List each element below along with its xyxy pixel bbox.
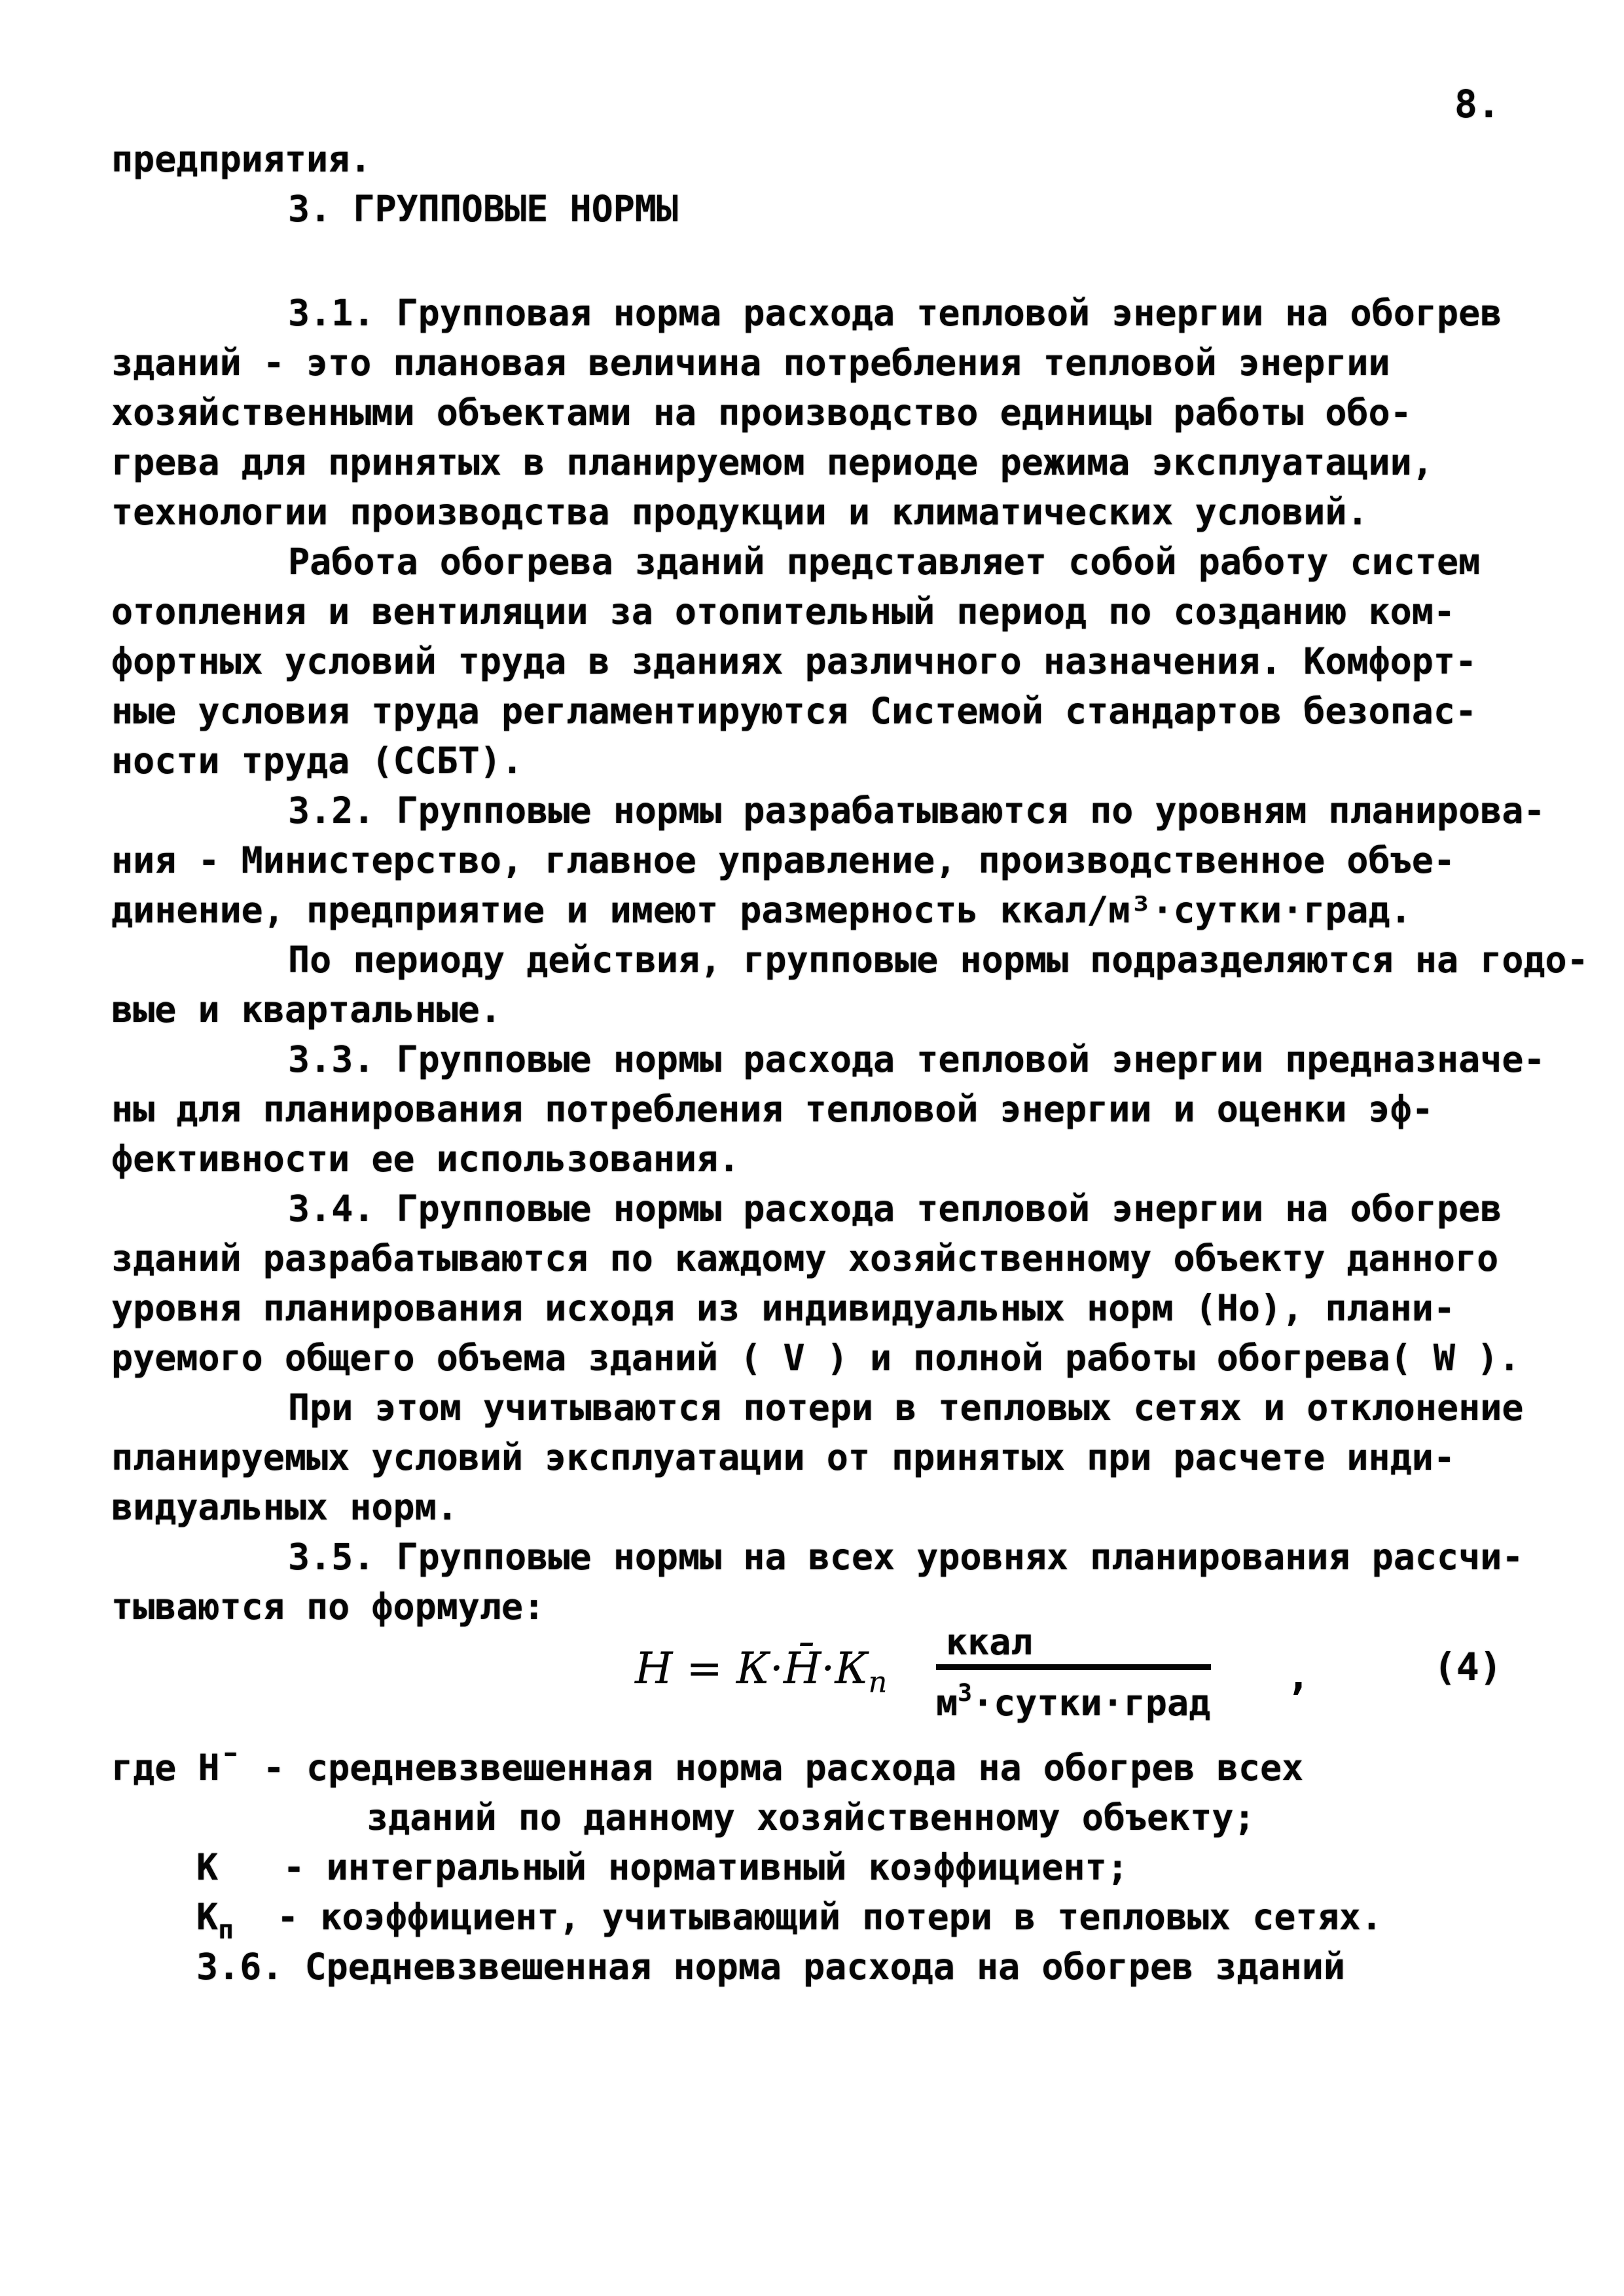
text-segment: ности труда (ССБТ). [111, 740, 523, 782]
text-segment: 3.4. Групповые нормы расхода тепловой эн… [288, 1188, 1502, 1230]
text-segment: технологии производства продукции и клим… [111, 491, 1369, 533]
text-segment: отопления и вентиляции за отопительный п… [111, 591, 1455, 632]
text-line: При этом учитываются потери в тепловых с… [111, 1383, 1564, 1432]
text-segment: фортных условий труда в зданиях различно… [111, 640, 1477, 682]
denominator-units: ·сутки·град [972, 1682, 1210, 1724]
text-segment: руемого общего объема зданий ( V ) и пол… [111, 1337, 1520, 1379]
formula-lhs: Н = К·Н̄·К [635, 1643, 869, 1694]
text-segment: п [218, 1915, 234, 1945]
text-line: хозяйственными объектами на производство… [111, 388, 1564, 437]
text-segment: тываются по формуле: [111, 1586, 545, 1628]
text-line: фективности ее использования. [111, 1134, 1564, 1184]
text-line: тываются по формуле: [111, 1582, 1564, 1631]
formula-number: (4) [1434, 1645, 1502, 1689]
text-line: Кп - коэффициент, учитывающий потери в т… [111, 1892, 1564, 1942]
formula-fraction: ккал м3·сутки·град [936, 1620, 1303, 1724]
text-segment: К - интегральный нормативный коэффициент… [196, 1846, 1128, 1888]
text-line: руемого общего объема зданий ( V ) и пол… [111, 1333, 1564, 1383]
formula-expression: Н = К·Н̄·Кп [635, 1643, 887, 1699]
text-segment: видуальных норм. [111, 1486, 458, 1528]
text-line: грева для принятых в планируемом периоде… [111, 437, 1564, 487]
text-segment: - коэффициент, учитывающий потери в тепл… [234, 1896, 1382, 1938]
text-line: планируемых условий эксплуатации от прин… [111, 1432, 1564, 1482]
text-line: динение, предприятие и имеют размерность… [111, 885, 1564, 935]
text-line: зданий разрабатываются по каждому хозяйс… [111, 1233, 1564, 1283]
fraction-bar [936, 1664, 1211, 1670]
text-segment: зданий по данному хозяйственному объекту… [367, 1796, 1255, 1838]
text-line: зданий - это плановая величина потреблен… [111, 338, 1564, 388]
text-block-top: предприятия.3. ГРУППОВЫЕ НОРМЫ3.1. Групп… [111, 134, 1564, 1631]
text-segment: уровня планирования исходя из индивидуал… [111, 1287, 1455, 1329]
text-segment: 3.6. Средневзвешенная норма расхода на о… [196, 1946, 1345, 1988]
text-segment: зданий разрабатываются по каждому хозяйс… [111, 1237, 1498, 1279]
text-line: 3. ГРУППОВЫЕ НОРМЫ [111, 184, 1564, 234]
text-line: отопления и вентиляции за отопительный п… [111, 587, 1564, 636]
text-segment: По периоду действия, групповые нормы под… [288, 939, 1589, 981]
text-line: вые и квартальные. [111, 985, 1564, 1034]
formula: Н = К·Н̄·Кп ккал м3·сутки·град , (4) [111, 1631, 1564, 1743]
text-segment: фективности ее использования. [111, 1138, 740, 1180]
text-segment: динение, предприятие и имеют размерность… [111, 889, 1412, 931]
text-segment: 3.3. Групповые нормы расхода тепловой эн… [288, 1038, 1545, 1080]
text-segment: предприятия. [111, 138, 371, 180]
text-line: где Н̄ - средневзвешенная норма расхода … [111, 1743, 1564, 1793]
text-segment: Работа обогрева зданий представляет собо… [288, 541, 1480, 583]
text-line: видуальных норм. [111, 1482, 1564, 1532]
text-segment: где Н̄ - средневзвешенная норма расхода … [111, 1747, 1303, 1789]
text-segment: ные условия труда регламентируются Систе… [111, 690, 1477, 732]
fraction-numerator: ккал [936, 1620, 1303, 1664]
formula-lhs-subscript: п [869, 1664, 888, 1699]
text-line: Работа обогрева зданий представляет собо… [111, 537, 1564, 587]
text-line: ния - Министерство, главное управление, … [111, 835, 1564, 885]
text-segment: зданий - это плановая величина потреблен… [111, 342, 1390, 384]
text-line: ности труда (ССБТ). [111, 736, 1564, 786]
text-segment: вые и квартальные. [111, 989, 501, 1030]
denominator-base: м [936, 1682, 958, 1724]
text-line: К - интегральный нормативный коэффициент… [111, 1842, 1564, 1892]
text-line: 3.3. Групповые нормы расхода тепловой эн… [111, 1034, 1564, 1084]
fraction-denominator: м3·сутки·град [936, 1671, 1303, 1724]
text-segment: грева для принятых в планируемом периоде… [111, 441, 1434, 483]
text-line: фортных условий труда в зданиях различно… [111, 636, 1564, 686]
text-line: 3.1. Групповая норма расхода тепловой эн… [111, 288, 1564, 338]
text-line: ны для планирования потребления тепловой… [111, 1084, 1564, 1134]
text-line: уровня планирования исходя из индивидуал… [111, 1283, 1564, 1333]
page-number: 8. [1454, 82, 1500, 126]
text-block-bottom: где Н̄ - средневзвешенная норма расхода … [111, 1743, 1564, 1992]
text-line: технологии производства продукции и клим… [111, 487, 1564, 537]
text-segment: планируемых условий эксплуатации от прин… [111, 1436, 1455, 1478]
text-segment: ния - Министерство, главное управление, … [111, 839, 1455, 881]
formula-comma: , [1286, 1651, 1310, 1699]
text-line: 3.5. Групповые нормы на всех уровнях пла… [111, 1532, 1564, 1582]
text-line: зданий по данному хозяйственному объекту… [111, 1793, 1564, 1842]
document-body: предприятия.3. ГРУППОВЫЕ НОРМЫ3.1. Групп… [111, 134, 1564, 1992]
text-segment: 3.2. Групповые нормы разрабатываются по … [288, 790, 1545, 831]
text-line: 3.6. Средневзвешенная норма расхода на о… [111, 1942, 1564, 1992]
text-segment: При этом учитываются потери в тепловых с… [288, 1387, 1523, 1429]
text-line: 3.2. Групповые нормы разрабатываются по … [111, 786, 1564, 835]
text-segment: 3. ГРУППОВЫЕ НОРМЫ [288, 188, 678, 230]
text-line: По периоду действия, групповые нормы под… [111, 935, 1564, 985]
text-line: предприятия. [111, 134, 1564, 184]
denominator-exponent: 3 [958, 1679, 972, 1707]
text-segment: 3.5. Групповые нормы на всех уровнях пла… [288, 1536, 1523, 1578]
text-line: ные условия труда регламентируются Систе… [111, 686, 1564, 736]
text-segment: ны для планирования потребления тепловой… [111, 1088, 1434, 1130]
text-segment: хозяйственными объектами на производство… [111, 392, 1412, 433]
text-line: 3.4. Групповые нормы расхода тепловой эн… [111, 1184, 1564, 1233]
text-segment: 3.1. Групповая норма расхода тепловой эн… [288, 292, 1502, 334]
text-segment: К [196, 1896, 218, 1938]
document-page: 8. предприятия.3. ГРУППОВЫЕ НОРМЫ3.1. Гр… [0, 0, 1624, 2296]
